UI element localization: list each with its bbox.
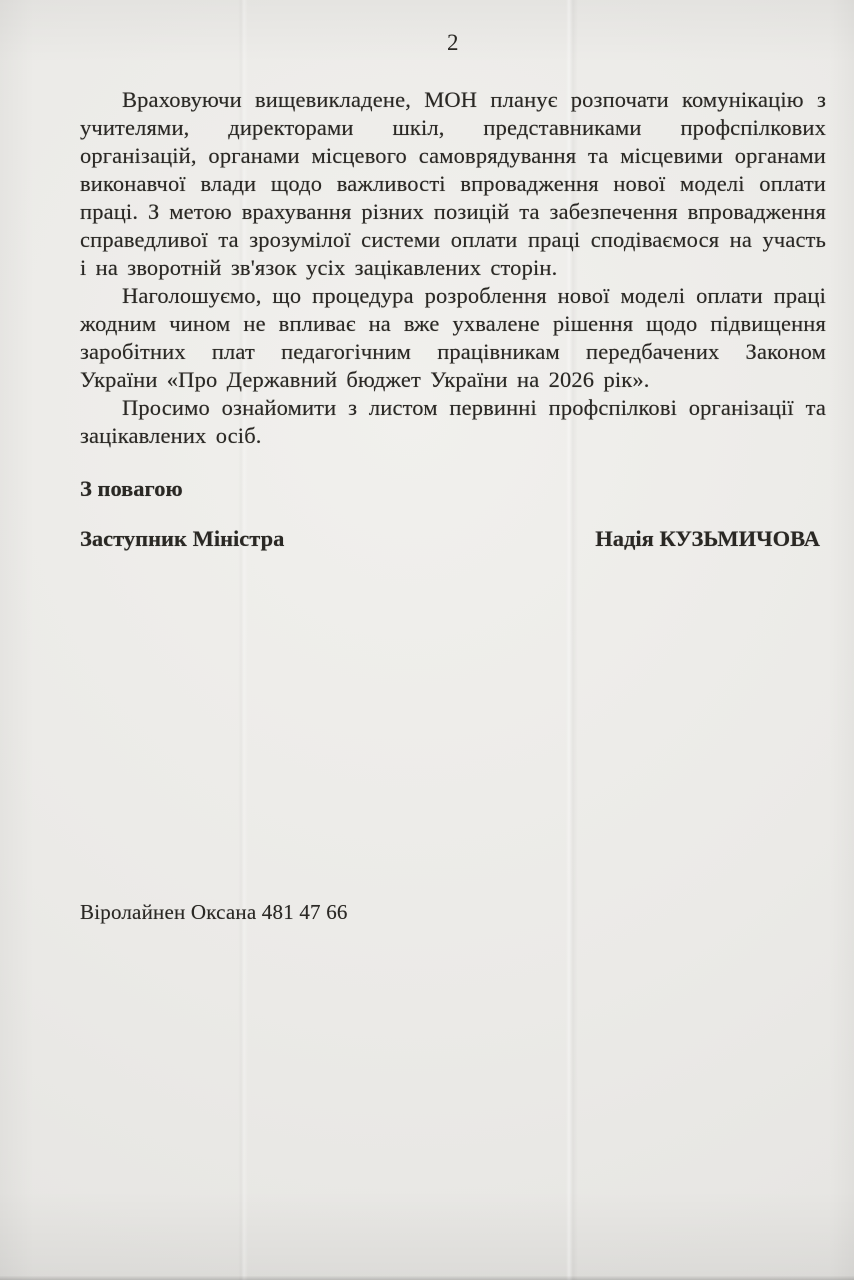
contact-person-line: Віролайнен Оксана 481 47 66: [80, 900, 348, 925]
signer-title: Заступник Міністра: [80, 526, 284, 552]
paragraph-salary-guarantee: Наголошуємо, що процедура розроблення но…: [80, 282, 826, 394]
document-page: 2 Враховуючи вищевикладене, МОН планує р…: [0, 0, 854, 1280]
paragraph-request-to-share: Просимо ознайомити з листом первинні про…: [80, 394, 826, 450]
signature-block: Заступник Міністра Надія КУЗЬМИЧОВА: [80, 526, 820, 552]
paragraph-communication-plan: Враховуючи вищевикладене, МОН планує роз…: [80, 86, 826, 282]
closing-salutation: З повагою: [80, 476, 183, 502]
letter-body: Враховуючи вищевикладене, МОН планує роз…: [80, 86, 826, 450]
page-number: 2: [80, 30, 826, 56]
signer-name: Надія КУЗЬМИЧОВА: [595, 526, 820, 552]
